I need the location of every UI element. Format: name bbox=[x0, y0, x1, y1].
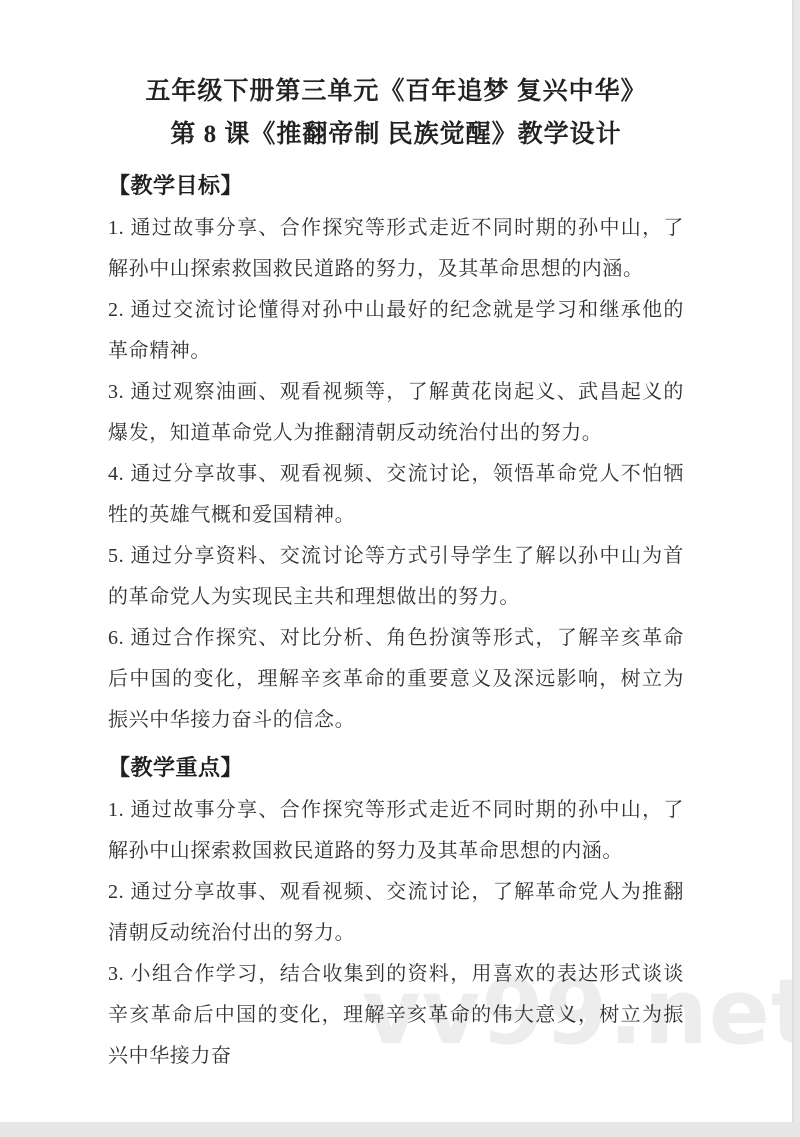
section-heading-objectives: 【教学目标】 bbox=[108, 171, 684, 201]
objective-item-2: 2. 通过交流讨论懂得对孙中山最好的纪念就是学习和继承他的革命精神。 bbox=[108, 290, 684, 372]
objective-item-6: 6. 通过合作探究、对比分析、角色扮演等形式，了解辛亥革命后中国的变化，理解辛亥… bbox=[108, 618, 684, 741]
key-points-list: 1. 通过故事分享、合作探究等形式走近不同时期的孙中山，了解孙中山探索救国救民道… bbox=[108, 790, 684, 1077]
section-heading-key-points: 【教学重点】 bbox=[108, 753, 684, 783]
key-point-item-2: 2. 通过分享故事、观看视频、交流讨论，了解革命党人为推翻清朝反动统治付出的努力… bbox=[108, 872, 684, 954]
objective-item-1: 1. 通过故事分享、合作探究等形式走近不同时期的孙中山，了解孙中山探索救国救民道… bbox=[108, 208, 684, 290]
title-line-1: 五年级下册第三单元《百年追梦 复兴中华》 bbox=[108, 70, 684, 113]
objective-item-3: 3. 通过观察油画、观看视频等，了解黄花岗起义、武昌起义的爆发，知道革命党人为推… bbox=[108, 372, 684, 454]
key-point-item-1: 1. 通过故事分享、合作探究等形式走近不同时期的孙中山，了解孙中山探索救国救民道… bbox=[108, 790, 684, 872]
objective-item-4: 4. 通过分享故事、观看视频、交流讨论，领悟革命党人不怕牺牲的英雄气概和爱国精神… bbox=[108, 454, 684, 536]
document-page: vv99.net 五年级下册第三单元《百年追梦 复兴中华》 第 8 课《推翻帝制… bbox=[0, 0, 794, 1122]
objectives-list: 1. 通过故事分享、合作探究等形式走近不同时期的孙中山，了解孙中山探索救国救民道… bbox=[108, 208, 684, 741]
objective-item-5: 5. 通过分享资料、交流讨论等方式引导学生了解以孙中山为首的革命党人为实现民主共… bbox=[108, 536, 684, 618]
page-bottom-gap bbox=[0, 1122, 800, 1137]
document-content: 五年级下册第三单元《百年追梦 复兴中华》 第 8 课《推翻帝制 民族觉醒》教学设… bbox=[0, 0, 792, 1077]
document-title: 五年级下册第三单元《百年追梦 复兴中华》 第 8 课《推翻帝制 民族觉醒》教学设… bbox=[108, 70, 684, 156]
title-line-2: 第 8 课《推翻帝制 民族觉醒》教学设计 bbox=[108, 113, 684, 156]
key-point-item-3: 3. 小组合作学习，结合收集到的资料，用喜欢的表达形式谈谈辛亥革命后中国的变化，… bbox=[108, 954, 684, 1077]
